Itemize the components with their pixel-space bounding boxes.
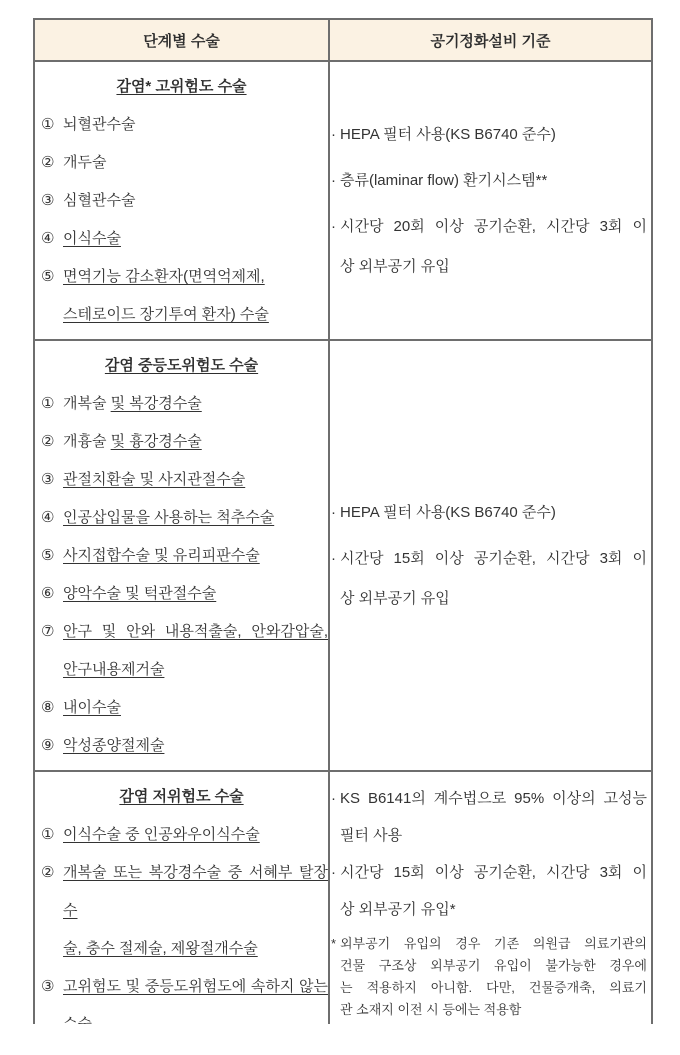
text-segment: 이식수술 [63,230,121,247]
section-2-right-line-6: 는 적용하지 아니함. 다만, 건물증개축, 의료기 [330,977,647,999]
text-segment: 관 소재지 이전 시 등에는 적용함 [340,1002,521,1017]
text-segment: 심혈관수술 [63,192,135,209]
section-2-right-lines: ·KS B6141의 계수법으로 95% 이상의 고성능필터 사용·시간당 15… [330,780,647,1021]
section-0-right-line-0: ·HEPA 필터 사용(KS B6740 준수) [330,115,647,155]
section-0-left-line-2: ③심혈관수술 [35,182,328,220]
text-segment: 외부공기 유입의 경우 기존 의원급 의료기관의 [340,936,647,951]
section-2-right-line-3: 상 외부공기 유입* [330,891,647,928]
text-segment: 안구 및 안와 내용적출술, 안와감압술, [63,623,328,640]
section-1-right-line-2: 상 외부공기 유입 [330,579,647,619]
text-segment: 시간당 15회 이상 공기순환, 시간당 3회 이 [340,864,647,881]
header-air-purification-standard: 공기정화설비 기준 [330,20,651,60]
text-segment: 시간당 15회 이상 공기순환, 시간당 3회 이 [340,550,647,567]
text-segment: 개흉술 [63,433,111,450]
text-segment: 술, 충수 절제술, 제왕절개수술 [63,940,258,957]
text-segment: HEPA 필터 사용(KS B6740 준수) [340,126,556,143]
bullet-marker: · [331,493,336,533]
item-number: ② [41,144,54,182]
bullet-marker: · [331,854,336,891]
text-segment: 인공삽입물을 사용하는 척추수술 [63,509,274,526]
item-number: ⑦ [41,613,54,651]
section-2-right-line-7: 관 소재지 이전 시 등에는 적용함 [330,999,647,1021]
text-segment: HEPA 필터 사용(KS B6740 준수) [340,504,556,521]
item-number: ④ [41,499,54,537]
item-number: ① [41,385,54,423]
section-0-right-line-1: ·층류(laminar flow) 환기시스템** [330,161,647,201]
section-2-right-line-5: 건물 구조상 외부공기 유입이 불가능한 경우에 [330,955,647,977]
item-number: ⑥ [41,575,54,613]
text-segment: 시간당 20회 이상 공기순환, 시간당 3회 이 [340,218,647,235]
bullet-marker: · [331,161,336,201]
section-1-left-lines: ①개복술 및 복강경수술②개흉술 및 흉강경수술③관절치환술 및 사지관절수술④… [35,385,328,765]
text-segment: 수술 [63,1016,92,1024]
section-2-left-line-2: 술, 충수 절제술, 제왕절개수술 [35,930,328,968]
section-2-right-line-1: 필터 사용 [330,817,647,854]
section-1-right-line-1: ·시간당 15회 이상 공기순환, 시간당 3회 이 [330,539,647,579]
bullet-marker: · [331,780,336,817]
footnote-marker: * [331,933,336,955]
table-header-row: 단계별 수술 공기정화설비 기준 [35,20,651,62]
text-segment: 사지접합수술 및 유리피판수술 [63,547,260,564]
section-1-left-line-5: ⑥양악수술 및 턱관절수술 [35,575,328,613]
text-segment: 내이수술 [63,699,121,716]
section-medium-risk-row: 감염 중등도위험도 수술 ①개복술 및 복강경수술②개흉술 및 흉강경수술③관절… [35,341,651,772]
section-0-left-line-3: ④이식수술 [35,220,328,258]
item-number: ④ [41,220,54,258]
section-0-left-cell: 감염* 고위험도 수술 ①뇌혈관수술②개두술③심혈관수술④이식수술⑤면역기능 감… [35,62,330,339]
text-segment: 는 적용하지 아니함. 다만, 건물증개축, 의료기 [340,980,647,995]
section-2-left-lines: ①이식수술 중 인공와우이식수술②개복술 또는 복강경수술 중 서혜부 탈장수술… [35,816,328,1024]
item-number: ① [41,816,54,854]
text-segment: 관절치환술 및 사지관절수술 [63,471,245,488]
header-surgery-by-stage: 단계별 수술 [35,20,330,60]
section-1-right-lines: ·HEPA 필터 사용(KS B6740 준수)·시간당 15회 이상 공기순환… [330,493,647,619]
section-1-left-line-9: ⑨악성종양절제술 [35,727,328,765]
item-number: ⑤ [41,258,54,296]
section-low-risk-row: 감염 저위험도 수술 ①이식수술 중 인공와우이식수술②개복술 또는 복강경수술… [35,772,651,1024]
text-segment: 스테로이드 장기투여 환자) 수술 [63,306,269,323]
bullet-marker: · [331,115,336,155]
section-2-title: 감염 저위험도 수술 [35,778,328,816]
text-segment: 면역기능 감소환자(면역억제제, [63,268,265,285]
section-2-right-line-4: *외부공기 유입의 경우 기존 의원급 의료기관의 [330,933,647,955]
section-0-left-line-0: ①뇌혈관수술 [35,106,328,144]
section-1-left-cell: 감염 중등도위험도 수술 ①개복술 및 복강경수술②개흉술 및 흉강경수술③관절… [35,341,330,770]
text-segment: 상 외부공기 유입* [340,901,456,918]
text-segment: 및 흉강경수술 [111,433,202,450]
item-number: ② [41,854,54,892]
text-segment: 양악수술 및 턱관절수술 [63,585,216,602]
text-segment: KS B6141의 계수법으로 95% 이상의 고성능 [340,790,647,807]
bullet-marker: · [331,539,336,579]
section-0-left-lines: ①뇌혈관수술②개두술③심혈관수술④이식수술⑤면역기능 감소환자(면역억제제,스테… [35,106,328,334]
section-0-right-cell: ·HEPA 필터 사용(KS B6740 준수)·층류(laminar flow… [330,62,651,339]
section-0-left-line-5: 스테로이드 장기투여 환자) 수술 [35,296,328,334]
section-1-left-line-1: ②개흉술 및 흉강경수술 [35,423,328,461]
section-2-left-line-4: 수술 [35,1006,328,1024]
item-number: ② [41,423,54,461]
item-number: ③ [41,182,54,220]
section-0-right-lines: ·HEPA 필터 사용(KS B6740 준수)·층류(laminar flow… [330,115,647,287]
text-segment: 이식수술 중 인공와우이식수술 [63,826,260,843]
section-1-left-line-0: ①개복술 및 복강경수술 [35,385,328,423]
section-1-title: 감염 중등도위험도 수술 [35,347,328,385]
section-high-risk-row: 감염* 고위험도 수술 ①뇌혈관수술②개두술③심혈관수술④이식수술⑤면역기능 감… [35,62,651,341]
text-segment: 필터 사용 [340,827,402,844]
section-2-right-line-0: ·KS B6141의 계수법으로 95% 이상의 고성능 [330,780,647,817]
section-0-right-line-2: ·시간당 20회 이상 공기순환, 시간당 3회 이 [330,207,647,247]
section-1-left-line-6: ⑦안구 및 안와 내용적출술, 안와감압술, [35,613,328,651]
text-segment: 건물 구조상 외부공기 유입이 불가능한 경우에 [340,958,647,973]
section-0-left-line-1: ②개두술 [35,144,328,182]
section-1-left-line-2: ③관절치환술 및 사지관절수술 [35,461,328,499]
text-segment: 악성종양절제술 [63,737,164,754]
section-1-right-line-0: ·HEPA 필터 사용(KS B6740 준수) [330,493,647,533]
section-2-left-line-0: ①이식수술 중 인공와우이식수술 [35,816,328,854]
text-segment: 고위험도 및 중등도위험도에 속하지 않는 [63,978,328,995]
section-1-right-cell: ·HEPA 필터 사용(KS B6740 준수)·시간당 15회 이상 공기순환… [330,341,651,770]
text-segment: 개복술 또는 복강경수술 중 서혜부 탈장수 [63,864,328,919]
text-segment: 및 복강경수술 [111,395,202,412]
item-number: ⑨ [41,727,54,765]
section-2-left-line-1: ②개복술 또는 복강경수술 중 서혜부 탈장수 [35,854,328,930]
section-2-left-line-3: ③고위험도 및 중등도위험도에 속하지 않는 [35,968,328,1006]
section-0-right-line-3: 상 외부공기 유입 [330,247,647,287]
text-segment: 안구내용제거술 [63,661,164,678]
page: { "colors": { "header_bg": "#fbf2e3", "b… [0,0,680,1055]
section-1-left-line-4: ⑤사지접합수술 및 유리피판수술 [35,537,328,575]
bullet-marker: · [331,207,336,247]
section-2-left-cell: 감염 저위험도 수술 ①이식수술 중 인공와우이식수술②개복술 또는 복강경수술… [35,772,330,1024]
section-1-left-line-3: ④인공삽입물을 사용하는 척추수술 [35,499,328,537]
section-2-right-line-2: ·시간당 15회 이상 공기순환, 시간당 3회 이 [330,854,647,891]
section-1-left-line-8: ⑧내이수술 [35,689,328,727]
item-number: ③ [41,461,54,499]
text-segment: 상 외부공기 유입 [340,590,450,607]
section-0-left-line-4: ⑤면역기능 감소환자(면역억제제, [35,258,328,296]
text-segment: 층류(laminar flow) 환기시스템** [340,172,547,189]
air-purification-standards-table: 단계별 수술 공기정화설비 기준 감염* 고위험도 수술 ①뇌혈관수술②개두술③… [33,18,653,1024]
text-segment: 개두술 [63,154,106,171]
item-number: ⑤ [41,537,54,575]
text-segment: 상 외부공기 유입 [340,258,450,275]
item-number: ⑧ [41,689,54,727]
item-number: ③ [41,968,54,1006]
text-segment: 뇌혈관수술 [63,116,135,133]
section-2-right-cell: ·KS B6141의 계수법으로 95% 이상의 고성능필터 사용·시간당 15… [330,772,651,1024]
section-0-title: 감염* 고위험도 수술 [35,68,328,106]
text-segment: 개복술 [63,395,111,412]
section-1-left-line-7: 안구내용제거술 [35,651,328,689]
item-number: ① [41,106,54,144]
